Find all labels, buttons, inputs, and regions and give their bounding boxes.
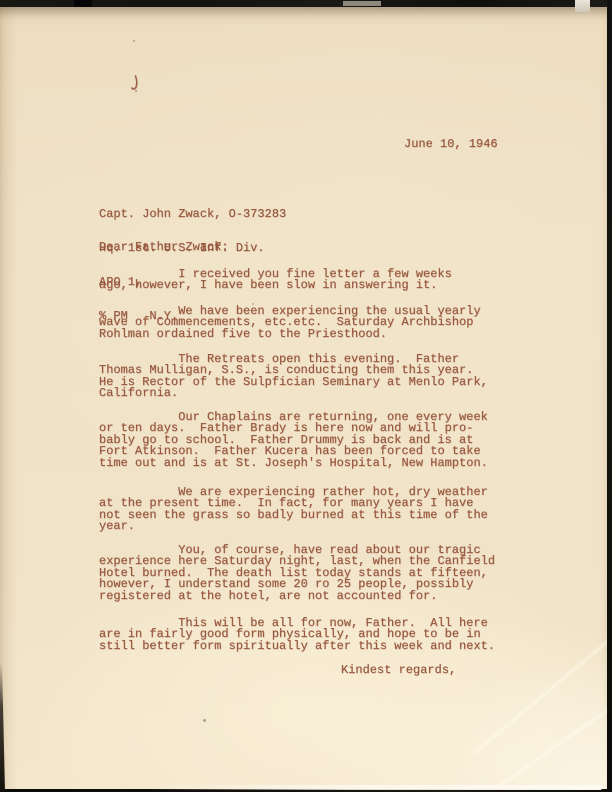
scan-background: June 10, 1946 Capt. John Zwack, O-373283…: [0, 0, 612, 792]
salutation: Dear Father Zwack:: [99, 242, 229, 253]
scan-edge-right: [607, 0, 612, 792]
paper-speck: [203, 719, 206, 722]
scan-edge-top: [0, 0, 612, 7]
scan-edge-patch: [343, 1, 381, 6]
closing-line: Kindest regards,: [341, 665, 456, 676]
body-paragraph-3: The Retreats open this evening. Father T…: [99, 354, 488, 400]
body-paragraph-1: I received you fine letter a few weeks a…: [99, 269, 452, 292]
body-paragraph-6: You, of course, have read about our trag…: [99, 545, 495, 602]
body-paragraph-7: This will be all for now, Father. All he…: [99, 618, 495, 652]
address-line-name: Capt. John Zwack, O-373283: [99, 209, 286, 220]
paper-corner-notch: [575, 0, 590, 12]
body-paragraph-4: Our Chaplains are returning, one every w…: [99, 412, 488, 469]
paper-speck: [133, 40, 135, 42]
ink-mark: [129, 75, 141, 93]
body-paragraph-5: We are experiencing rather hot, dry weat…: [99, 487, 488, 533]
letter-date: June 10, 1946: [404, 139, 498, 150]
body-paragraph-2: We have been experiencing the usual year…: [99, 306, 481, 340]
scan-edge-blob: [74, 0, 92, 7]
paper-bottom-edge-highlight: [150, 785, 602, 790]
